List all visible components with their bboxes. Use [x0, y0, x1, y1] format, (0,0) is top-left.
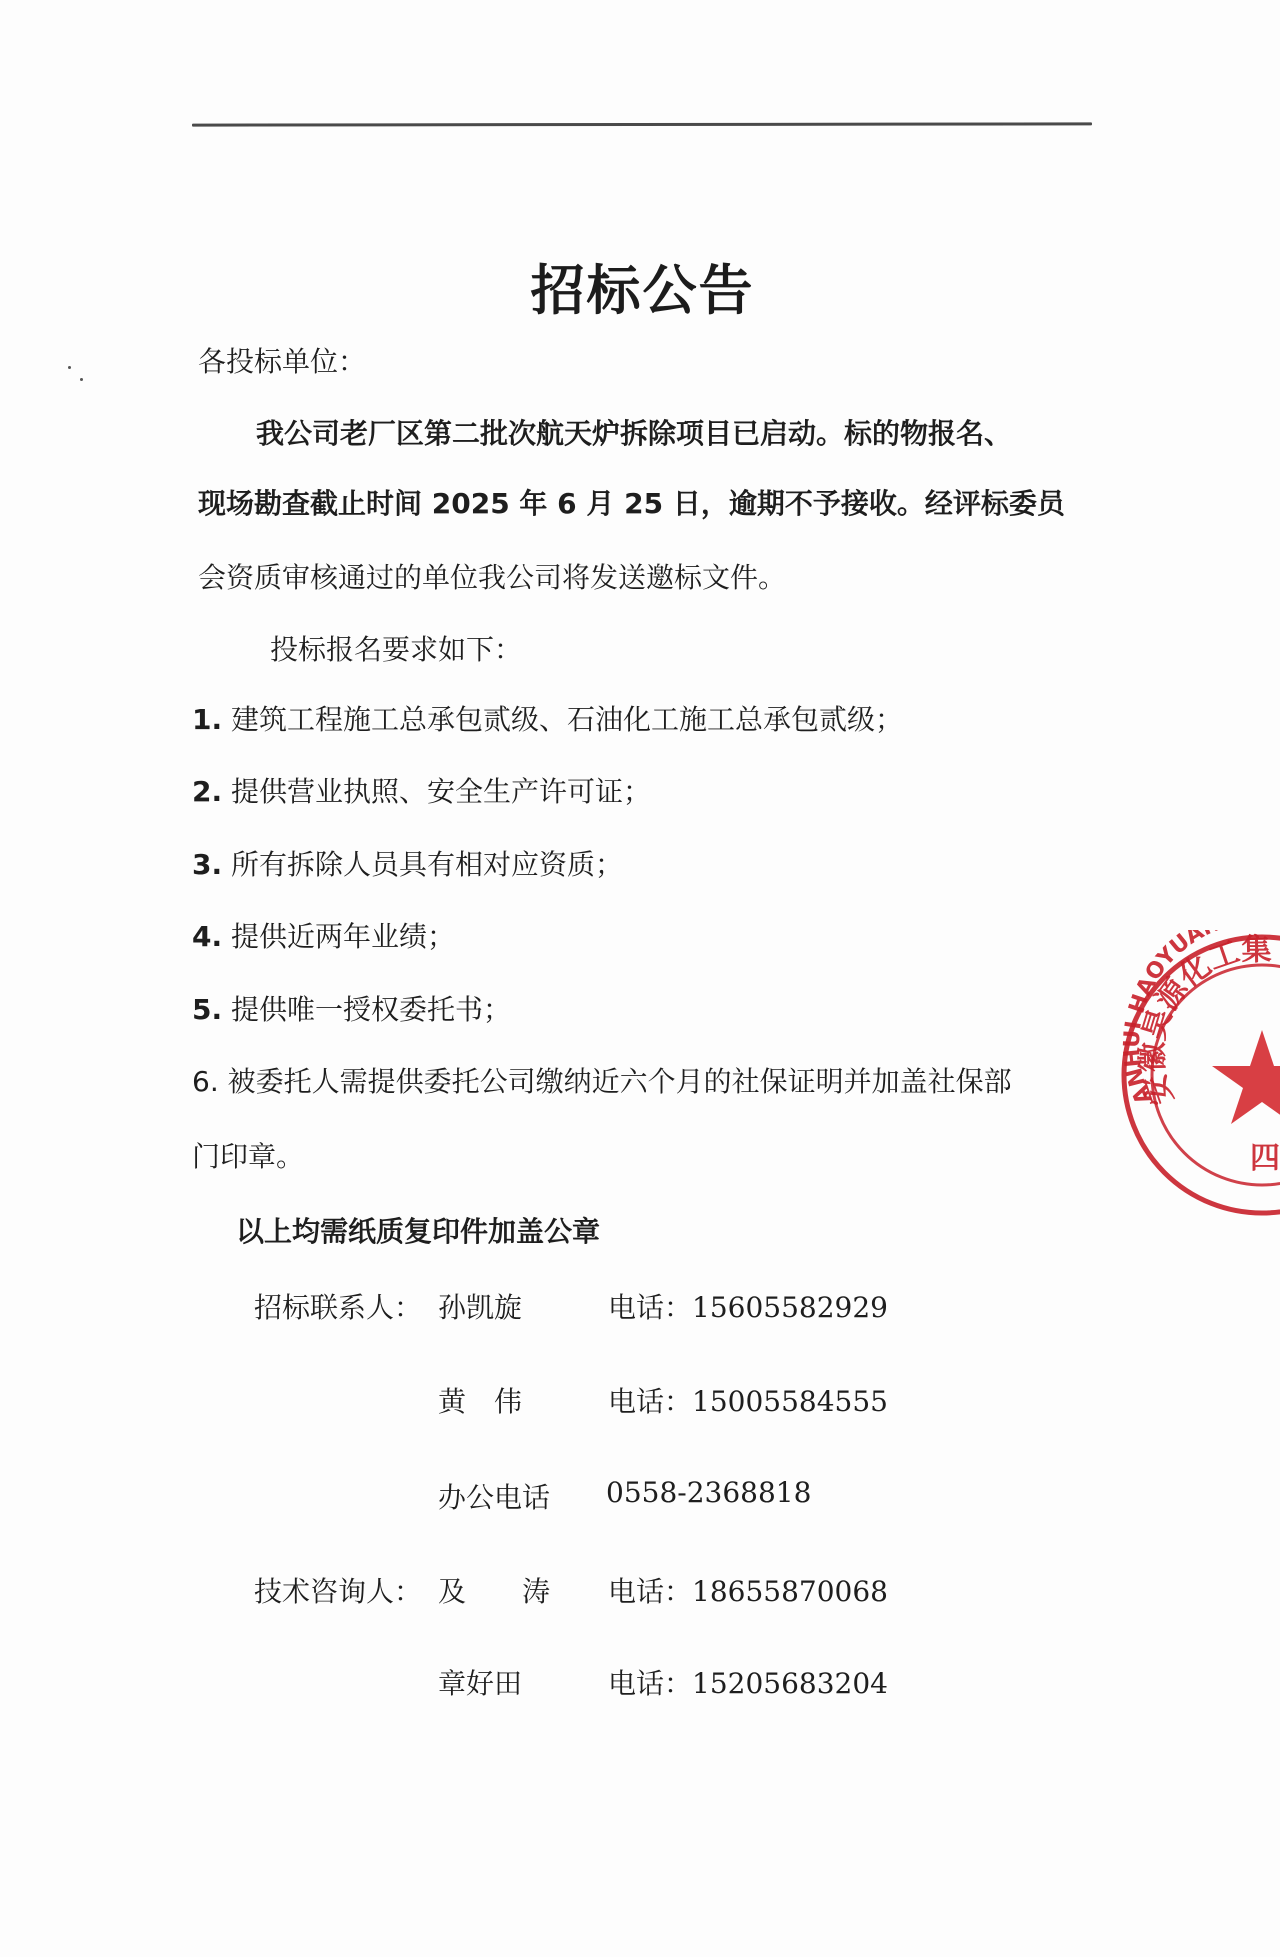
contact-phone: 电话：15005584555 — [608, 1380, 888, 1420]
requirement-item-2: 2. 提供营业执照、安全生产许可证； — [192, 770, 651, 810]
intro-line-2: 现场勘查截止时间 2025 年 6 月 25 日，逾期不予接收。经评标委员 — [198, 482, 1065, 522]
requirement-item-1: 1. 建筑工程施工总承包贰级、石油化工施工总承包贰级； — [192, 698, 903, 738]
scan-speck — [68, 366, 71, 369]
phone-label: 电话： — [608, 1385, 692, 1418]
requirement-number: 1. — [192, 703, 222, 736]
requirement-item-4: 4. 提供近两年业绩； — [192, 915, 455, 955]
contact-name: 章好田 — [438, 1662, 522, 1702]
intro-line-1: 我公司老厂区第二批次航天炉拆除项目已启动。标的物报名、 — [256, 412, 1012, 452]
intro-line-3: 会资质审核通过的单位我公司将发送邀标文件。 — [198, 556, 786, 596]
requirement-item-6: 6. 被委托人需提供委托公司缴纳近六个月的社保证明并加盖社保部 — [192, 1060, 1012, 1100]
photocopy-note: 以上均需纸质复印件加盖公章 — [236, 1210, 600, 1250]
tech-contact-label: 技术咨询人： — [254, 1570, 422, 1610]
seal-bottom-text: 四 — [1250, 1141, 1280, 1176]
phone-number: 15005584555 — [692, 1385, 888, 1418]
contact-name: 孙凯旋 — [438, 1286, 522, 1326]
office-phone-number: 0558-2368818 — [606, 1476, 811, 1509]
requirement-text: 被委托人需提供委托公司缴纳近六个月的社保证明并加盖社保部 — [228, 1065, 1012, 1098]
requirement-text: 提供营业执照、安全生产许可证； — [231, 775, 651, 808]
requirement-text: 提供近两年业绩； — [231, 920, 455, 953]
requirement-number: 2. — [192, 775, 222, 808]
phone-label: 电话： — [608, 1291, 692, 1324]
requirement-item-5: 5. 提供唯一授权委托书； — [192, 988, 511, 1028]
phone-label: 电话： — [608, 1667, 692, 1700]
requirement-number: 5. — [192, 993, 222, 1026]
phone-number: 15605582929 — [692, 1291, 888, 1324]
scan-speck — [80, 378, 83, 381]
requirement-text: 所有拆除人员具有相对应资质； — [231, 848, 623, 881]
contact-phone: 电话：15205683204 — [608, 1662, 888, 1702]
company-seal-icon: ANHUI HAOYUAN CHEMI 安徽昊源化工集 四 — [1112, 930, 1280, 1220]
contact-phone: 电话：15605582929 — [608, 1286, 888, 1326]
bidding-contact-label: 招标联系人： — [254, 1286, 422, 1326]
salutation: 各投标单位： — [198, 340, 366, 380]
contact-phone: 电话：18655870068 — [608, 1570, 888, 1610]
document-page: 招标公告 各投标单位： 我公司老厂区第二批次航天炉拆除项目已启动。标的物报名、 … — [0, 0, 1280, 1957]
phone-label: 电话： — [608, 1575, 692, 1608]
document-title: 招标公告 — [0, 248, 1280, 325]
contact-name: 及 涛 — [438, 1570, 550, 1610]
requirement-text: 提供唯一授权委托书； — [231, 993, 511, 1026]
requirement-text: 建筑工程施工总承包贰级、石油化工施工总承包贰级； — [231, 703, 903, 736]
phone-number: 15205683204 — [692, 1667, 888, 1700]
requirement-number: 6. — [192, 1065, 219, 1098]
contact-name: 黄 伟 — [438, 1380, 522, 1420]
office-phone-label: 办公电话 — [438, 1476, 550, 1516]
requirement-item-6-continuation: 门印章。 — [192, 1135, 304, 1175]
requirements-heading: 投标报名要求如下： — [270, 628, 522, 668]
header-rule — [192, 122, 1092, 126]
requirement-item-3: 3. 所有拆除人员具有相对应资质； — [192, 843, 623, 883]
phone-number: 18655870068 — [692, 1575, 888, 1608]
requirement-number: 3. — [192, 848, 222, 881]
requirement-number: 4. — [192, 920, 222, 953]
